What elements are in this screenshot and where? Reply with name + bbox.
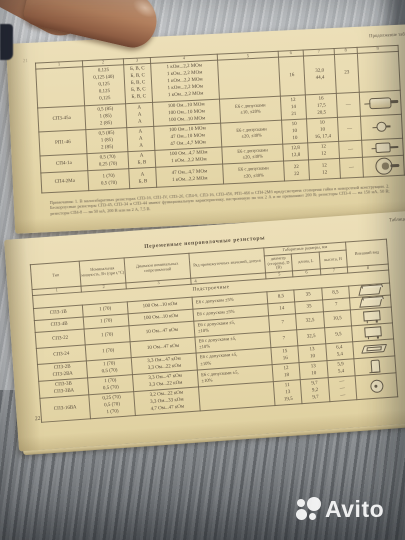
watermark-brand-text: Avito: [325, 496, 384, 523]
photo-vignette: [0, 0, 405, 540]
avito-watermark: Avito: [296, 496, 384, 523]
book-photo: 21 Продолжение табл. 5 1 2 3 4 5 6 7 8 9…: [0, 0, 405, 540]
avito-logo-icon: [296, 497, 321, 522]
